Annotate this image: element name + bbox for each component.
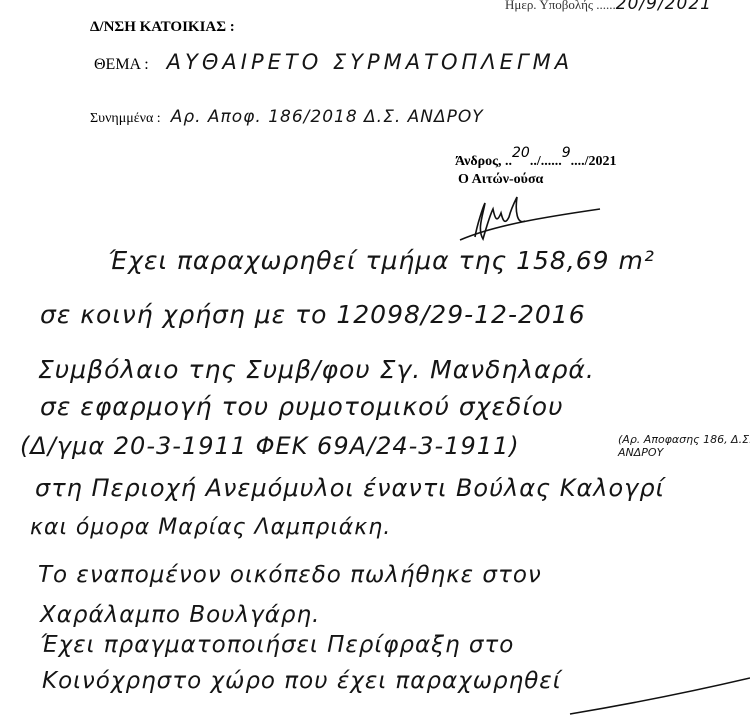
body-line: (Δ/γμα 20-3-1911 ΦΕΚ 69Α/24-3-1911) <box>20 432 520 460</box>
body-line: και όμορα Μαρίας Λαμπριάκη. <box>30 515 391 540</box>
receipt-date-value: 20/9/2021 <box>616 0 712 14</box>
attachments-row: Συνημμένα : Αρ. Αποφ. 186/2018 Δ.Σ. ΑΝΔΡ… <box>90 107 484 127</box>
subject-value: ΑΥΘΑΙΡΕΤΟ ΣΥΡΜΑΤΟΠΛΕΓΜΑ <box>167 50 573 74</box>
place-date: Άνδρος, ..20../......9..../2021 <box>455 153 617 170</box>
body-line: σε κοινή χρήση με το 12098/29-12-2016 <box>40 300 586 329</box>
place-label: Άνδρος, <box>455 154 502 169</box>
signature <box>455 195 605 245</box>
body-line: σε εφαρμογή του ρυμοτομικού σχεδίου <box>40 392 564 421</box>
subject-row: ΘΕΜΑ : ΑΥΘΑΙΡΕΤΟ ΣΥΡΜΑΤΟΠΛΕΓΜΑ <box>94 50 573 74</box>
receipt-date: Ημερ. Υποβολής ......20/9/2021 <box>505 0 712 14</box>
subject-label: ΘΕΜΑ : <box>94 56 149 73</box>
receipt-date-label: Ημερ. Υποβολής <box>505 0 593 12</box>
pen-stroke <box>560 660 750 716</box>
attachments-label: Συνημμένα : <box>90 111 161 126</box>
date-month: 9 <box>562 145 571 161</box>
body-line: Το εναπομένον οικόπεδο πωλήθηκε στον <box>38 562 542 588</box>
margin-note: (Αρ. Αποφασης 186, Δ.Σ. ΑΝΔΡΟΥ <box>618 433 750 459</box>
body-line: Συμβόλαιο της Συμβ/φου Σγ. Μανδηλαρά. <box>38 355 595 384</box>
sender-label: Ο Αιτών-ούσα <box>458 172 543 188</box>
body-line: Έχει πραγματοποιήσει Περίφραξη στο <box>40 632 514 658</box>
address-label: Δ/ΝΣΗ ΚΑΤΟΙΚΙΑΣ : <box>90 19 235 36</box>
body-line: Έχει παραχωρηθεί τμήμα της 158,69 m² <box>108 246 655 275</box>
attachments-value: Αρ. Αποφ. 186/2018 Δ.Σ. ΑΝΔΡΟΥ <box>171 107 484 127</box>
body-line: Κοινόχρηστο χώρο που έχει παραχωρηθεί <box>42 668 562 694</box>
date-year: /2021 <box>585 154 617 169</box>
body-line: Χαράλαμπο Βουλγάρη. <box>40 602 320 628</box>
body-line: στη Περιοχή Ανεμόμυλοι έναντι Βούλας Καλ… <box>35 474 665 502</box>
date-day: 20 <box>512 145 530 161</box>
